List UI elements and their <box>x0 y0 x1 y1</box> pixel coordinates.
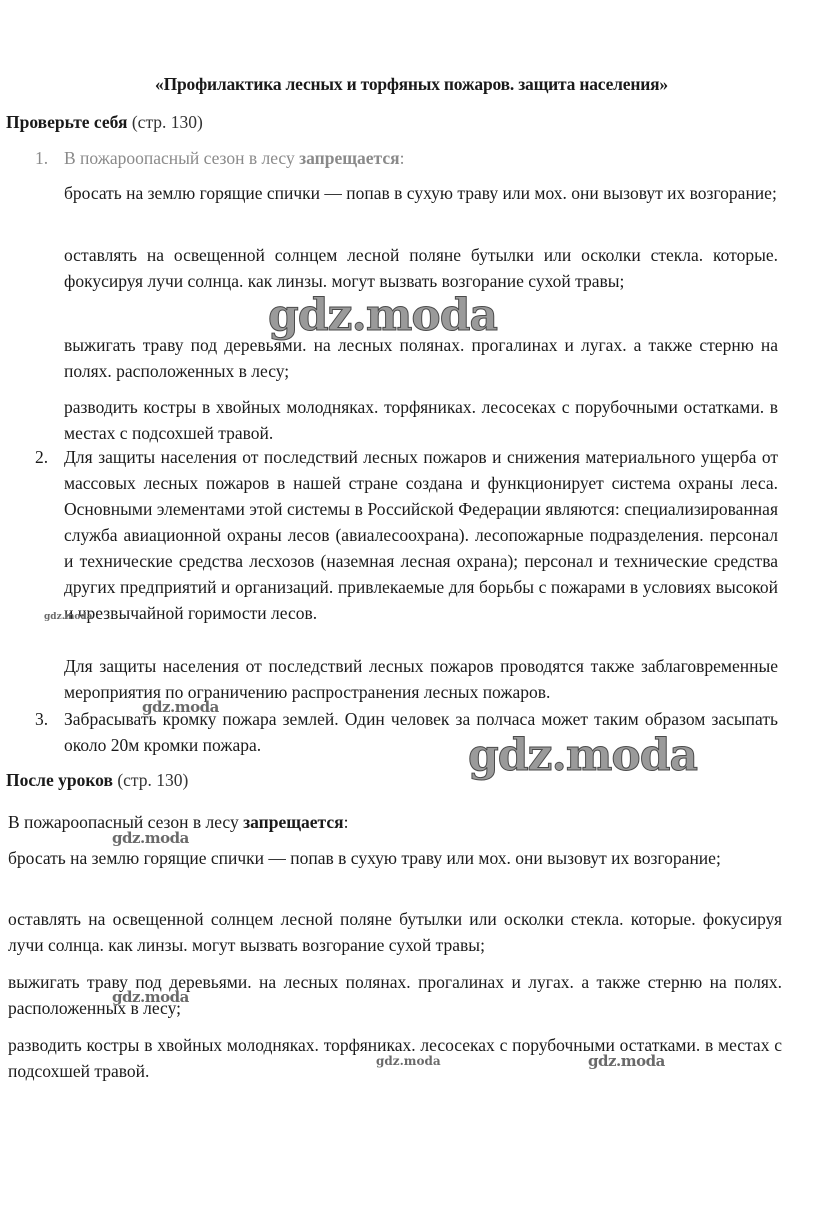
list-number: 3. <box>35 709 48 730</box>
watermark-logo: gdz.moda <box>588 1052 665 1070</box>
document-title: «Профилактика лесных и торфяных пожаров.… <box>0 74 823 95</box>
intro-bold: запрещается <box>299 148 399 168</box>
watermark-logo: gdz.moda <box>376 1054 441 1068</box>
list-item: оставлять на освещенной солнцем лесной п… <box>8 906 782 958</box>
heading-page-ref: (стр. 130) <box>132 112 203 132</box>
watermark-logo: gdz.moda <box>142 698 219 716</box>
list-item: разводить костры в хвойных молодняках. т… <box>64 394 778 446</box>
intro-text: В пожароопасный сезон в лесу <box>64 148 299 168</box>
list-item: бросать на землю горящие спички — попав … <box>64 180 778 206</box>
item-1-intro: В пожароопасный сезон в лесу запрещается… <box>64 145 778 171</box>
watermark-logo: gdz.moda <box>468 730 697 781</box>
list-item: бросать на землю горящие спички — попав … <box>8 845 782 871</box>
list-number: 2. <box>35 447 48 468</box>
intro-end: : <box>344 812 349 832</box>
watermark-logo: gdz.moda <box>44 612 92 622</box>
heading-bold: После уроков <box>6 770 113 790</box>
watermark-logo: gdz.moda <box>112 988 189 1006</box>
intro-end: : <box>400 148 405 168</box>
heading-page-ref: (стр. 130) <box>117 770 188 790</box>
watermark-logo: gdz.moda <box>268 290 497 341</box>
section-heading-check-yourself: Проверьте себя (стр. 130) <box>6 112 203 133</box>
list-item: Для защиты населения от последствий лесн… <box>64 444 778 626</box>
section-heading-after-lessons: После уроков (стр. 130) <box>6 770 188 791</box>
watermark-logo: gdz.moda <box>112 829 189 847</box>
list-item: оставлять на освещенной солнцем лесной п… <box>64 242 778 294</box>
intro-bold: запрещается <box>243 812 343 832</box>
list-number: 1. <box>35 148 48 169</box>
heading-bold: Проверьте себя <box>6 112 127 132</box>
